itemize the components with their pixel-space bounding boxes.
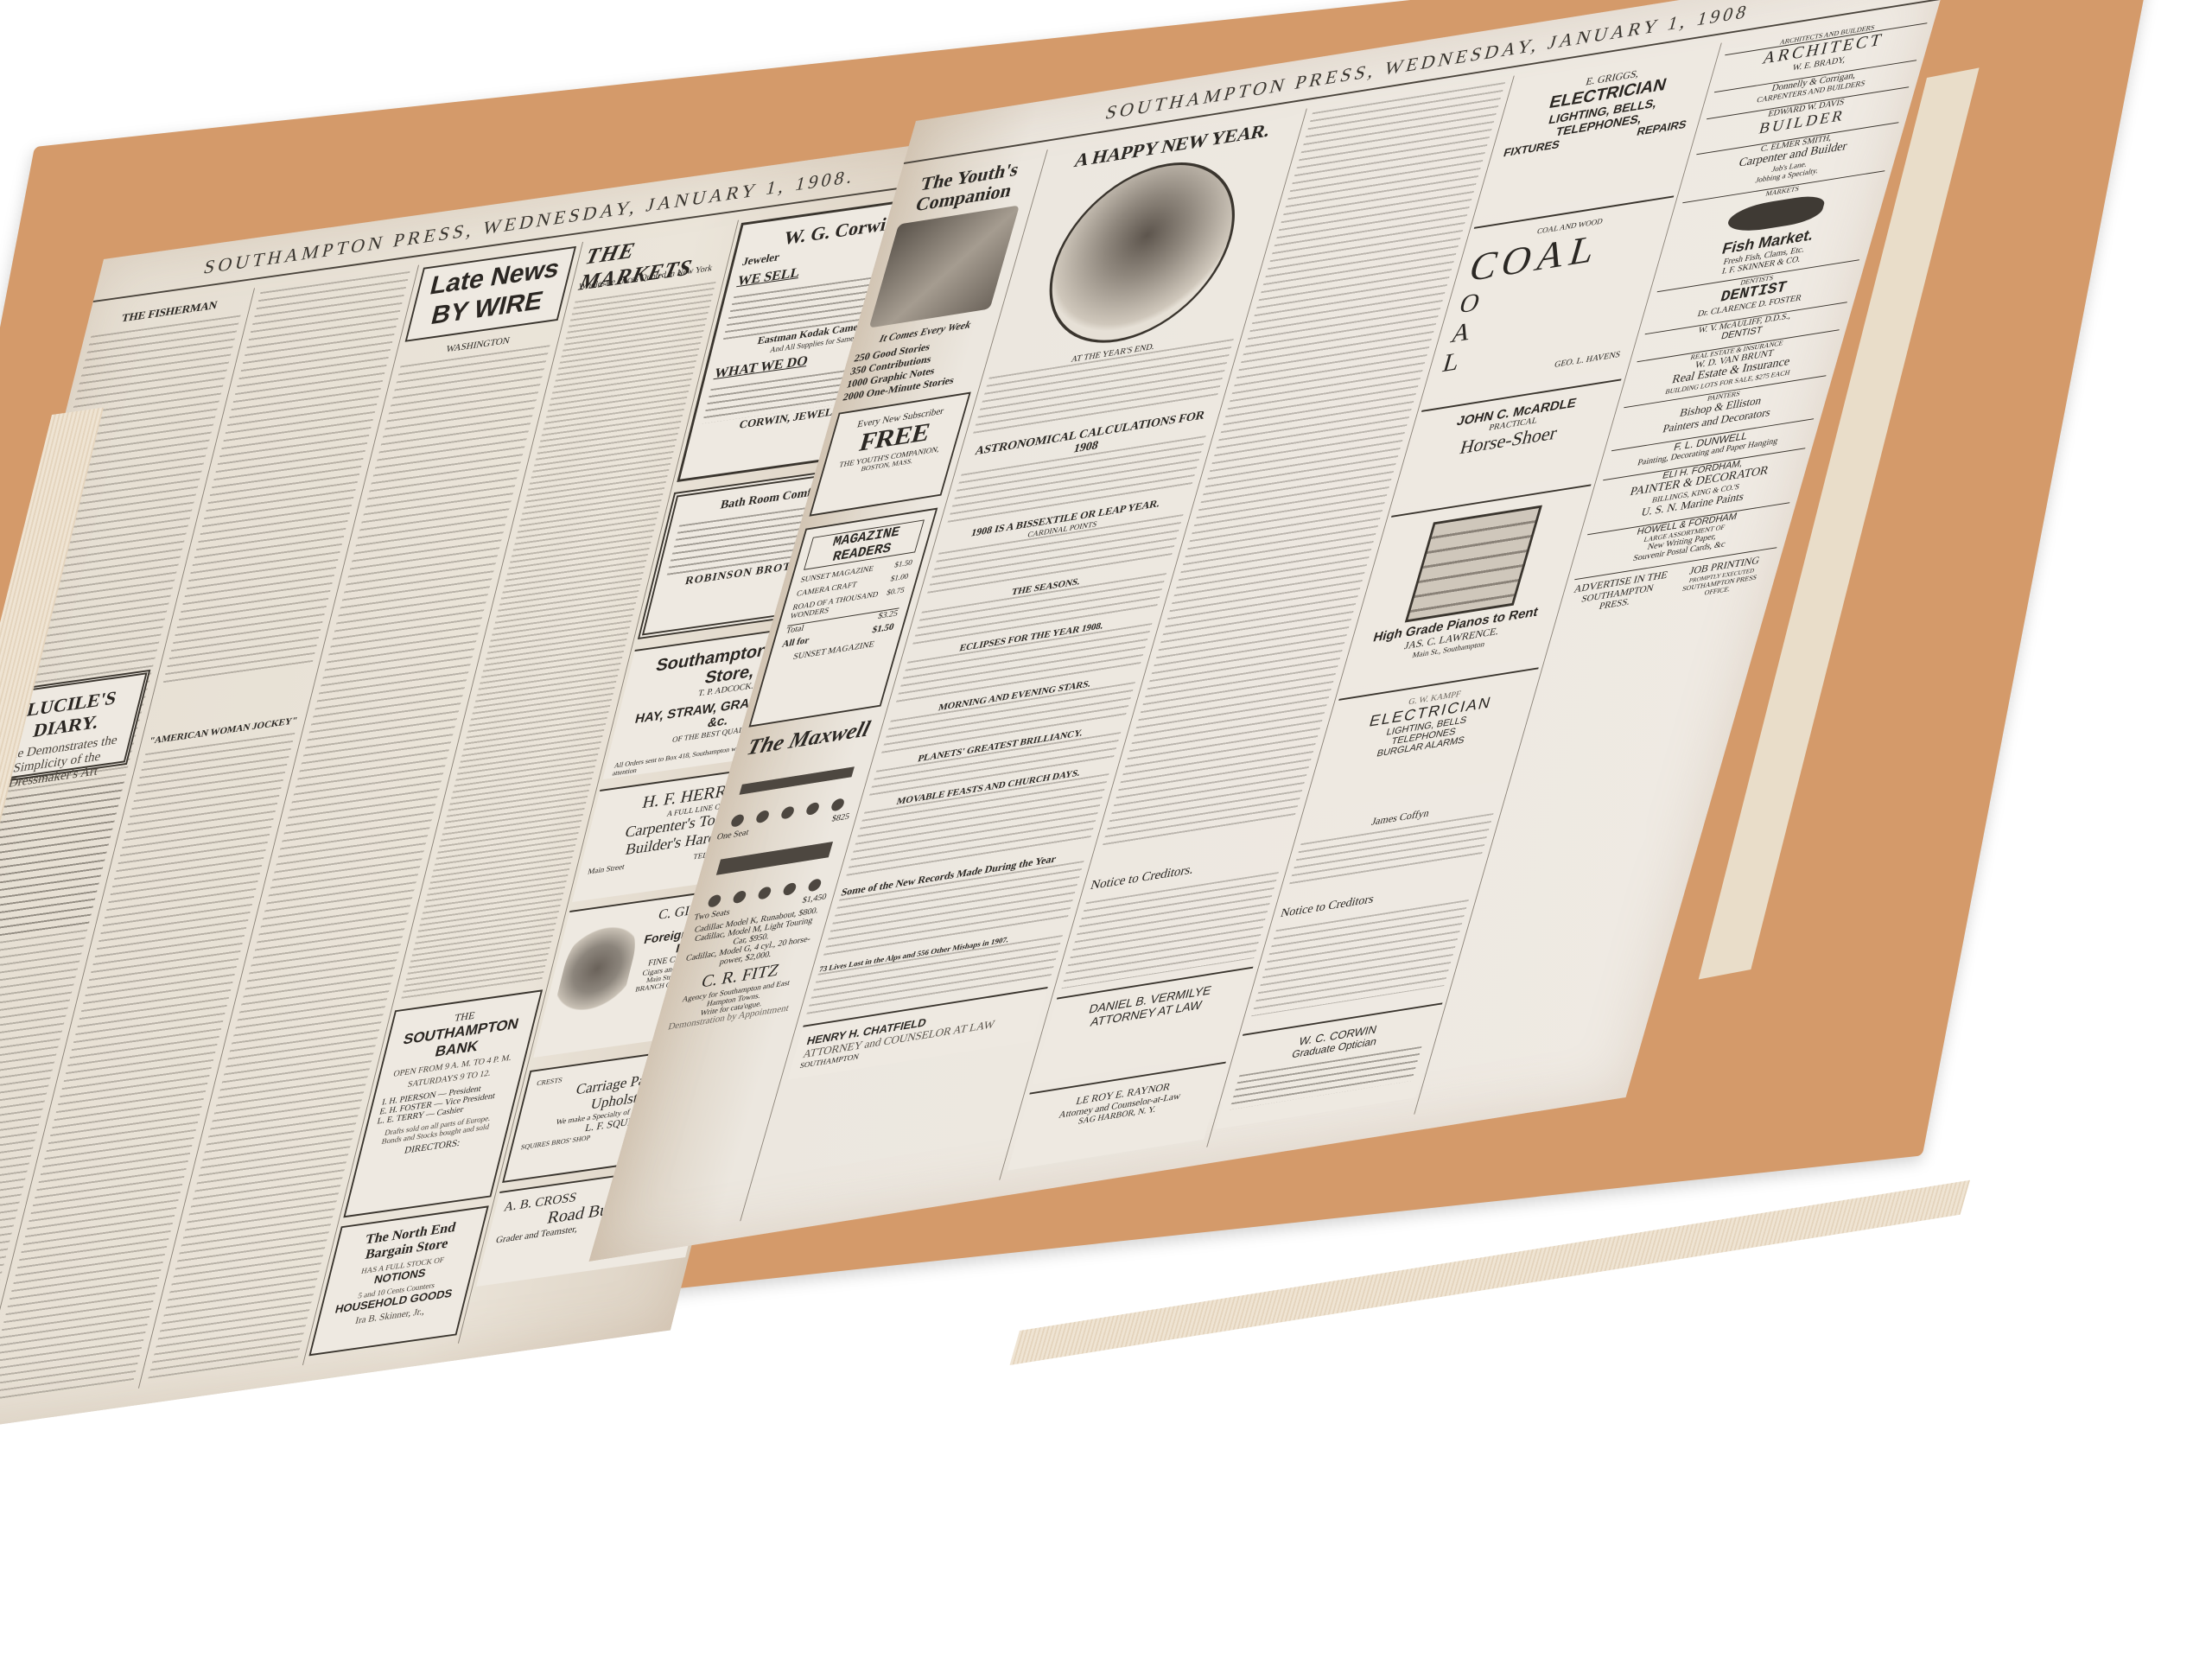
herrick-street: Main Street: [587, 862, 626, 876]
kampf-electrician-ad: G. W. KAMPF ELECTRICIAN LIGHTING, BELLS …: [1306, 667, 1538, 811]
youths-companion-illustration: [868, 206, 1019, 328]
late-news-title: Late News BY WIRE: [412, 252, 570, 334]
new-year-illustration: [1027, 149, 1256, 356]
total-price: $3.25: [877, 608, 899, 621]
piano-illustration: [1404, 505, 1541, 623]
total-label: Total: [785, 624, 805, 636]
all-for-price: $1.50: [871, 621, 895, 635]
photo-scene: SOUTHAMPTON PRESS, WEDNESDAY, JANUARY 1,…: [0, 0, 2212, 1659]
two-seats-price: $1,450: [801, 893, 828, 906]
corwin-optician-ad: W. C. CORWIN Graduate Optician: [1216, 1002, 1443, 1129]
magazine-item-price: $1.00: [890, 571, 910, 582]
all-for-label: All for: [781, 635, 810, 650]
free-subscriber-box: Every New Subscriber FREE THE YOUTH'S CO…: [809, 392, 970, 517]
magazine-item-price: $1.50: [893, 557, 913, 569]
one-seat-price: $825: [830, 812, 850, 824]
late-news-box: Late News BY WIRE: [405, 246, 576, 342]
